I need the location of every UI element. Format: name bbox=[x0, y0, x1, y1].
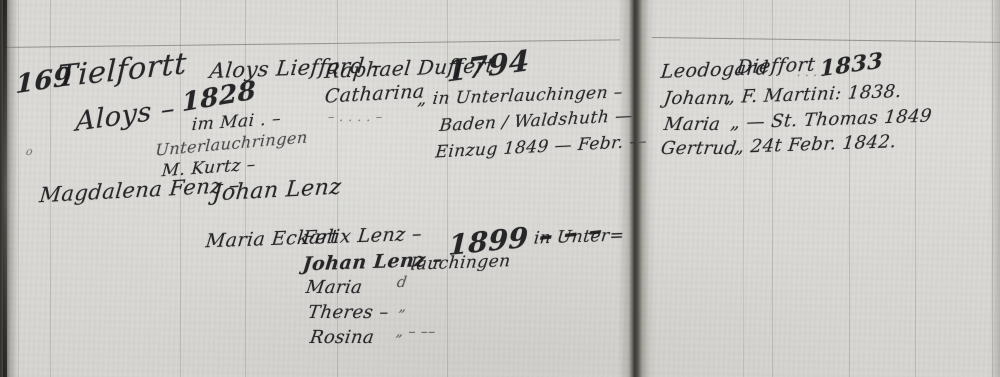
child-gertrud: Gertrud bbox=[660, 140, 738, 158]
right-page: LeodogardDieffort. . . .1833Johann„ F. M… bbox=[0, 0, 1000, 377]
line-martini-1838: „ F. Martini: 1838. bbox=[725, 83, 903, 107]
child-maria-r: Maria bbox=[663, 116, 722, 134]
column-rule bbox=[915, 0, 916, 377]
page-edge-shadow bbox=[3, 0, 7, 377]
line-thomas-1849: „ — St. Thomas 1849 bbox=[730, 108, 933, 133]
year-1833: 1833 bbox=[820, 50, 883, 81]
page-right-edge bbox=[990, 0, 1000, 377]
child-johann: Johann bbox=[663, 90, 731, 108]
header-rule bbox=[652, 37, 1000, 43]
page-left-edge bbox=[0, 0, 18, 377]
line-febr-1842: „ 24t Febr. 1842. bbox=[734, 133, 898, 157]
register-scan: 169 TielforttAloys –oMagdalena Fenz –Alo… bbox=[0, 0, 1000, 377]
book-binding bbox=[618, 0, 656, 377]
